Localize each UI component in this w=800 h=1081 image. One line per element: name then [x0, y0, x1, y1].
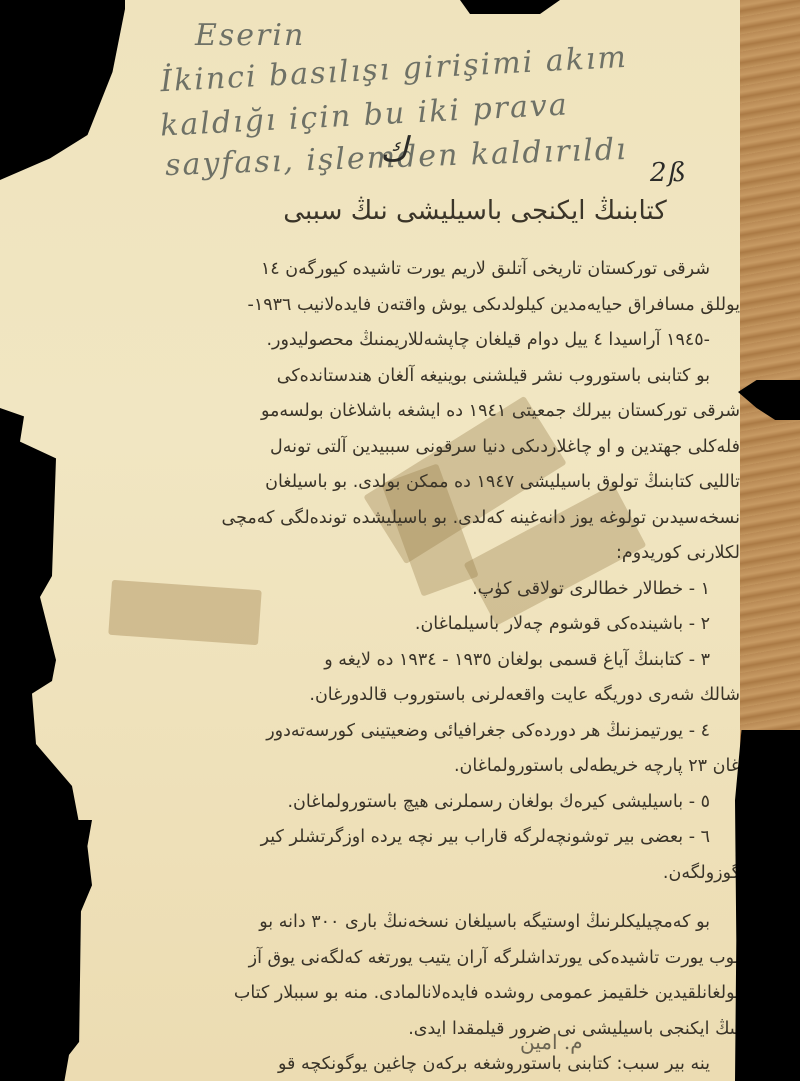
list-number: ٦	[701, 827, 710, 847]
list-text: يورتيمزنىڭ هر دورده‌كى جغرافيائى وضعيتين…	[266, 721, 683, 741]
document-title: كتابنىڭ ايكنجى باسيليشى نىڭ سببى	[210, 196, 740, 226]
body-line: بو كەمچيليكلرنىڭ اوستيگه باسيلغان نسخەنى…	[130, 905, 740, 941]
body-line: بولغانلقيدين خلقيمز عمومى روشده فايدەلان…	[130, 976, 740, 1012]
document-page: Eserin İkinci basılışı girişimi akım kal…	[0, 0, 800, 1081]
list-item-1: ١ - خطالار خطالرى تولاقى كۈپ.	[130, 572, 740, 608]
body-line: نسخەسيدىن تولوغه يوز دانەغينه كەلدى. بو …	[130, 501, 740, 537]
list-text: باسيليشى كيرەك بولغان رسملرنى هيچ باستور…	[287, 792, 683, 812]
list-text: كتابنىڭ آياغ قسمى بولغان ١٩٣٥ - ١٩٣٤ ده …	[324, 650, 683, 670]
body-line: شرقى توركستان بيرلك جمعيتى ١٩٤١ ده ايشغه…	[130, 394, 740, 430]
signature: م. امين	[520, 1030, 583, 1054]
handwritten-line: Eserin	[195, 18, 305, 53]
body-line: لوب يورت تاشيده‌كى يورتداشلرگه آران يتيب…	[130, 941, 740, 977]
torn-edge	[0, 0, 125, 180]
list-number: ١	[701, 579, 710, 599]
body-line: فلەكلى جهتدين و او چاغلاردىكى دنيا سرقون…	[130, 430, 740, 466]
body-line: ينه بير سبب: كتابنى باستوروشغه بركەن چاغ…	[130, 1047, 740, 1081]
body-line: لكلارنى كوريدوم:	[130, 536, 740, 572]
list-number: ٣	[701, 650, 710, 670]
list-number: ٤	[701, 721, 710, 741]
list-item-2: ٢ - باشيندەكى قوشوم چەلار باسيلماغان.	[130, 607, 740, 643]
body-line: شرقى توركستان تاريخى آتلىق لاريم يورت تا…	[130, 252, 740, 288]
list-item-3: ٣ - كتابنىڭ آياغ قسمى بولغان ١٩٣٥ - ١٩٣٤…	[130, 643, 740, 679]
list-item-6: ٦ - بعضى بير توشونچەلرگه قاراب بير نچه ي…	[130, 820, 740, 856]
list-continuation: شالك شەرى دوريگه عايت واقعەلرنى باستوروب…	[130, 678, 740, 714]
body-line: بو كتابنى باستوروب نشر قيلشنى بوينيغه آل…	[130, 359, 740, 395]
list-continuation: گوزولگەن.	[130, 856, 740, 892]
ink-mark: 2ß	[650, 158, 688, 188]
body-line: -١٩٤٥ آراسيدا ٤ ييل دوام قيلغان چاپشەللا…	[130, 323, 740, 359]
list-text: باشيندەكى قوشوم چەلار باسيلماغان.	[415, 614, 683, 634]
body-line: نىڭ ايكنجى باسيليشى نى ضرور قيلمقدا ايدى…	[130, 1012, 740, 1048]
list-number: ٥	[701, 792, 710, 812]
list-number: ٢	[701, 614, 710, 634]
list-continuation: غان ٢٣ پارچه خريطه‌لى باستورولماغان.	[130, 749, 740, 785]
list-text: خطالار خطالرى تولاقى كۈپ.	[472, 579, 683, 599]
torn-edge	[0, 820, 92, 1081]
torn-edge	[735, 730, 800, 1081]
document-body: شرقى توركستان تاريخى آتلىق لاريم يورت تا…	[130, 252, 740, 1081]
body-line: يوللق مسافراق حيايەمدين كيلولدىكى يوش وا…	[130, 288, 740, 324]
torn-edge	[0, 408, 80, 828]
list-item-4: ٤ - يورتيمزنىڭ هر دورده‌كى جغرافيائى وضع…	[130, 714, 740, 750]
list-item-5: ٥ - باسيليشى كيرەك بولغان رسملرنى هيچ با…	[130, 785, 740, 821]
list-text: بعضى بير توشونچەلرگه قاراب بير نچه يرده …	[261, 827, 684, 847]
ink-mark: ﻙ	[380, 130, 408, 170]
torn-edge	[460, 0, 560, 14]
body-line: تالليى كتابنىڭ تولوق باسيليشى ١٩٤٧ ده مم…	[130, 465, 740, 501]
